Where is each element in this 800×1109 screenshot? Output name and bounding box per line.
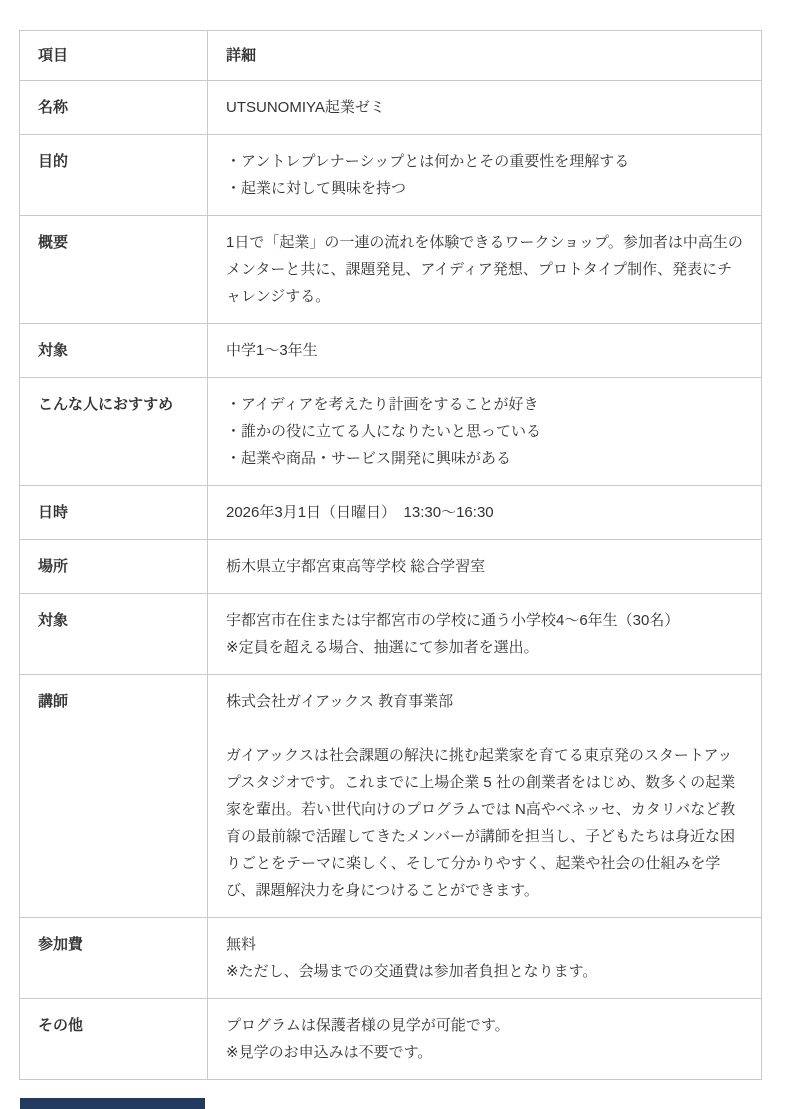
detail-line: ・起業に対して興味を持つ (226, 175, 743, 202)
row-detail: UTSUNOMIYA起業ゼミ (208, 81, 762, 135)
detail-line: ※ただし、会場までの交通費は参加者負担となります。 (226, 958, 743, 985)
detail-line: 栃木県立宇都宮東高等学校 総合学習室 (226, 553, 743, 580)
detail-line (226, 715, 743, 742)
row-label: 講師 (20, 675, 208, 918)
row-detail: 株式会社ガイアックス 教育事業部 ガイアックスは社会課題の解決に挑む起業家を育て… (208, 675, 762, 918)
row-label: 概要 (20, 216, 208, 324)
row-label: その他 (20, 999, 208, 1080)
row-detail: 宇都宮市在住または宇都宮市の学校に通う小学校4〜6年生（30名）※定員を超える場… (208, 594, 762, 675)
table-row: 日時2026年3月1日（日曜日） 13:30〜16:30 (20, 486, 762, 540)
row-label: 対象 (20, 594, 208, 675)
detail-line: ・起業や商品・サービス開発に興味がある (226, 445, 743, 472)
table-row: 対象宇都宮市在住または宇都宮市の学校に通う小学校4〜6年生（30名）※定員を超え… (20, 594, 762, 675)
detail-line: ・アントレプレナーシップとは何かとその重要性を理解する (226, 148, 743, 175)
row-label: こんな人におすすめ (20, 378, 208, 486)
row-detail: 1日で「起業」の一連の流れを体験できるワークショップ。参加者は中高生のメンターと… (208, 216, 762, 324)
detail-line: ・誰かの役に立てる人になりたいと思っている (226, 418, 743, 445)
table-row: 概要1日で「起業」の一連の流れを体験できるワークショップ。参加者は中高生のメンタ… (20, 216, 762, 324)
partial-next-element-bar (20, 1098, 205, 1109)
table-row: こんな人におすすめ・アイディアを考えたり計画をすることが好き・誰かの役に立てる人… (20, 378, 762, 486)
table-row: 対象中学1〜3年生 (20, 324, 762, 378)
table-row: 参加費無料※ただし、会場までの交通費は参加者負担となります。 (20, 918, 762, 999)
row-detail: 中学1〜3年生 (208, 324, 762, 378)
row-label: 参加費 (20, 918, 208, 999)
row-label: 日時 (20, 486, 208, 540)
detail-line: ※見学のお申込みは不要です。 (226, 1039, 743, 1066)
detail-line: 宇都宮市在住または宇都宮市の学校に通う小学校4〜6年生（30名） (226, 607, 743, 634)
row-label: 場所 (20, 540, 208, 594)
table-row: 名称UTSUNOMIYA起業ゼミ (20, 81, 762, 135)
row-detail: プログラムは保護者様の見学が可能です。※見学のお申込みは不要です。 (208, 999, 762, 1080)
row-detail: 無料※ただし、会場までの交通費は参加者負担となります。 (208, 918, 762, 999)
table-row: 講師株式会社ガイアックス 教育事業部 ガイアックスは社会課題の解決に挑む起業家を… (20, 675, 762, 918)
table-header-row: 項目 詳細 (20, 31, 762, 81)
table-row: 目的・アントレプレナーシップとは何かとその重要性を理解する・起業に対して興味を持… (20, 135, 762, 216)
page: 項目 詳細 名称UTSUNOMIYA起業ゼミ目的・アントレプレナーシップとは何か… (0, 0, 800, 1109)
detail-line: 中学1〜3年生 (226, 337, 743, 364)
detail-line: ・アイディアを考えたり計画をすることが好き (226, 391, 743, 418)
detail-line: ガイアックスは社会課題の解決に挑む起業家を育てる東京発のスタートアップスタジオで… (226, 742, 743, 904)
detail-line: UTSUNOMIYA起業ゼミ (226, 94, 743, 121)
table-row: その他プログラムは保護者様の見学が可能です。※見学のお申込みは不要です。 (20, 999, 762, 1080)
detail-line: プログラムは保護者様の見学が可能です。 (226, 1012, 743, 1039)
row-detail: ・アントレプレナーシップとは何かとその重要性を理解する・起業に対して興味を持つ (208, 135, 762, 216)
detail-line: 株式会社ガイアックス 教育事業部 (226, 688, 743, 715)
event-info-table: 項目 詳細 名称UTSUNOMIYA起業ゼミ目的・アントレプレナーシップとは何か… (19, 30, 762, 1080)
detail-line: 2026年3月1日（日曜日） 13:30〜16:30 (226, 499, 743, 526)
row-label: 目的 (20, 135, 208, 216)
row-detail: ・アイディアを考えたり計画をすることが好き・誰かの役に立てる人になりたいと思って… (208, 378, 762, 486)
row-detail: 2026年3月1日（日曜日） 13:30〜16:30 (208, 486, 762, 540)
detail-line: ※定員を超える場合、抽選にて参加者を選出。 (226, 634, 743, 661)
detail-line: 1日で「起業」の一連の流れを体験できるワークショップ。参加者は中高生のメンターと… (226, 229, 743, 310)
column-header-detail: 詳細 (208, 31, 762, 81)
row-label: 対象 (20, 324, 208, 378)
table-row: 場所栃木県立宇都宮東高等学校 総合学習室 (20, 540, 762, 594)
row-detail: 栃木県立宇都宮東高等学校 総合学習室 (208, 540, 762, 594)
row-label: 名称 (20, 81, 208, 135)
column-header-item: 項目 (20, 31, 208, 81)
detail-line: 無料 (226, 931, 743, 958)
